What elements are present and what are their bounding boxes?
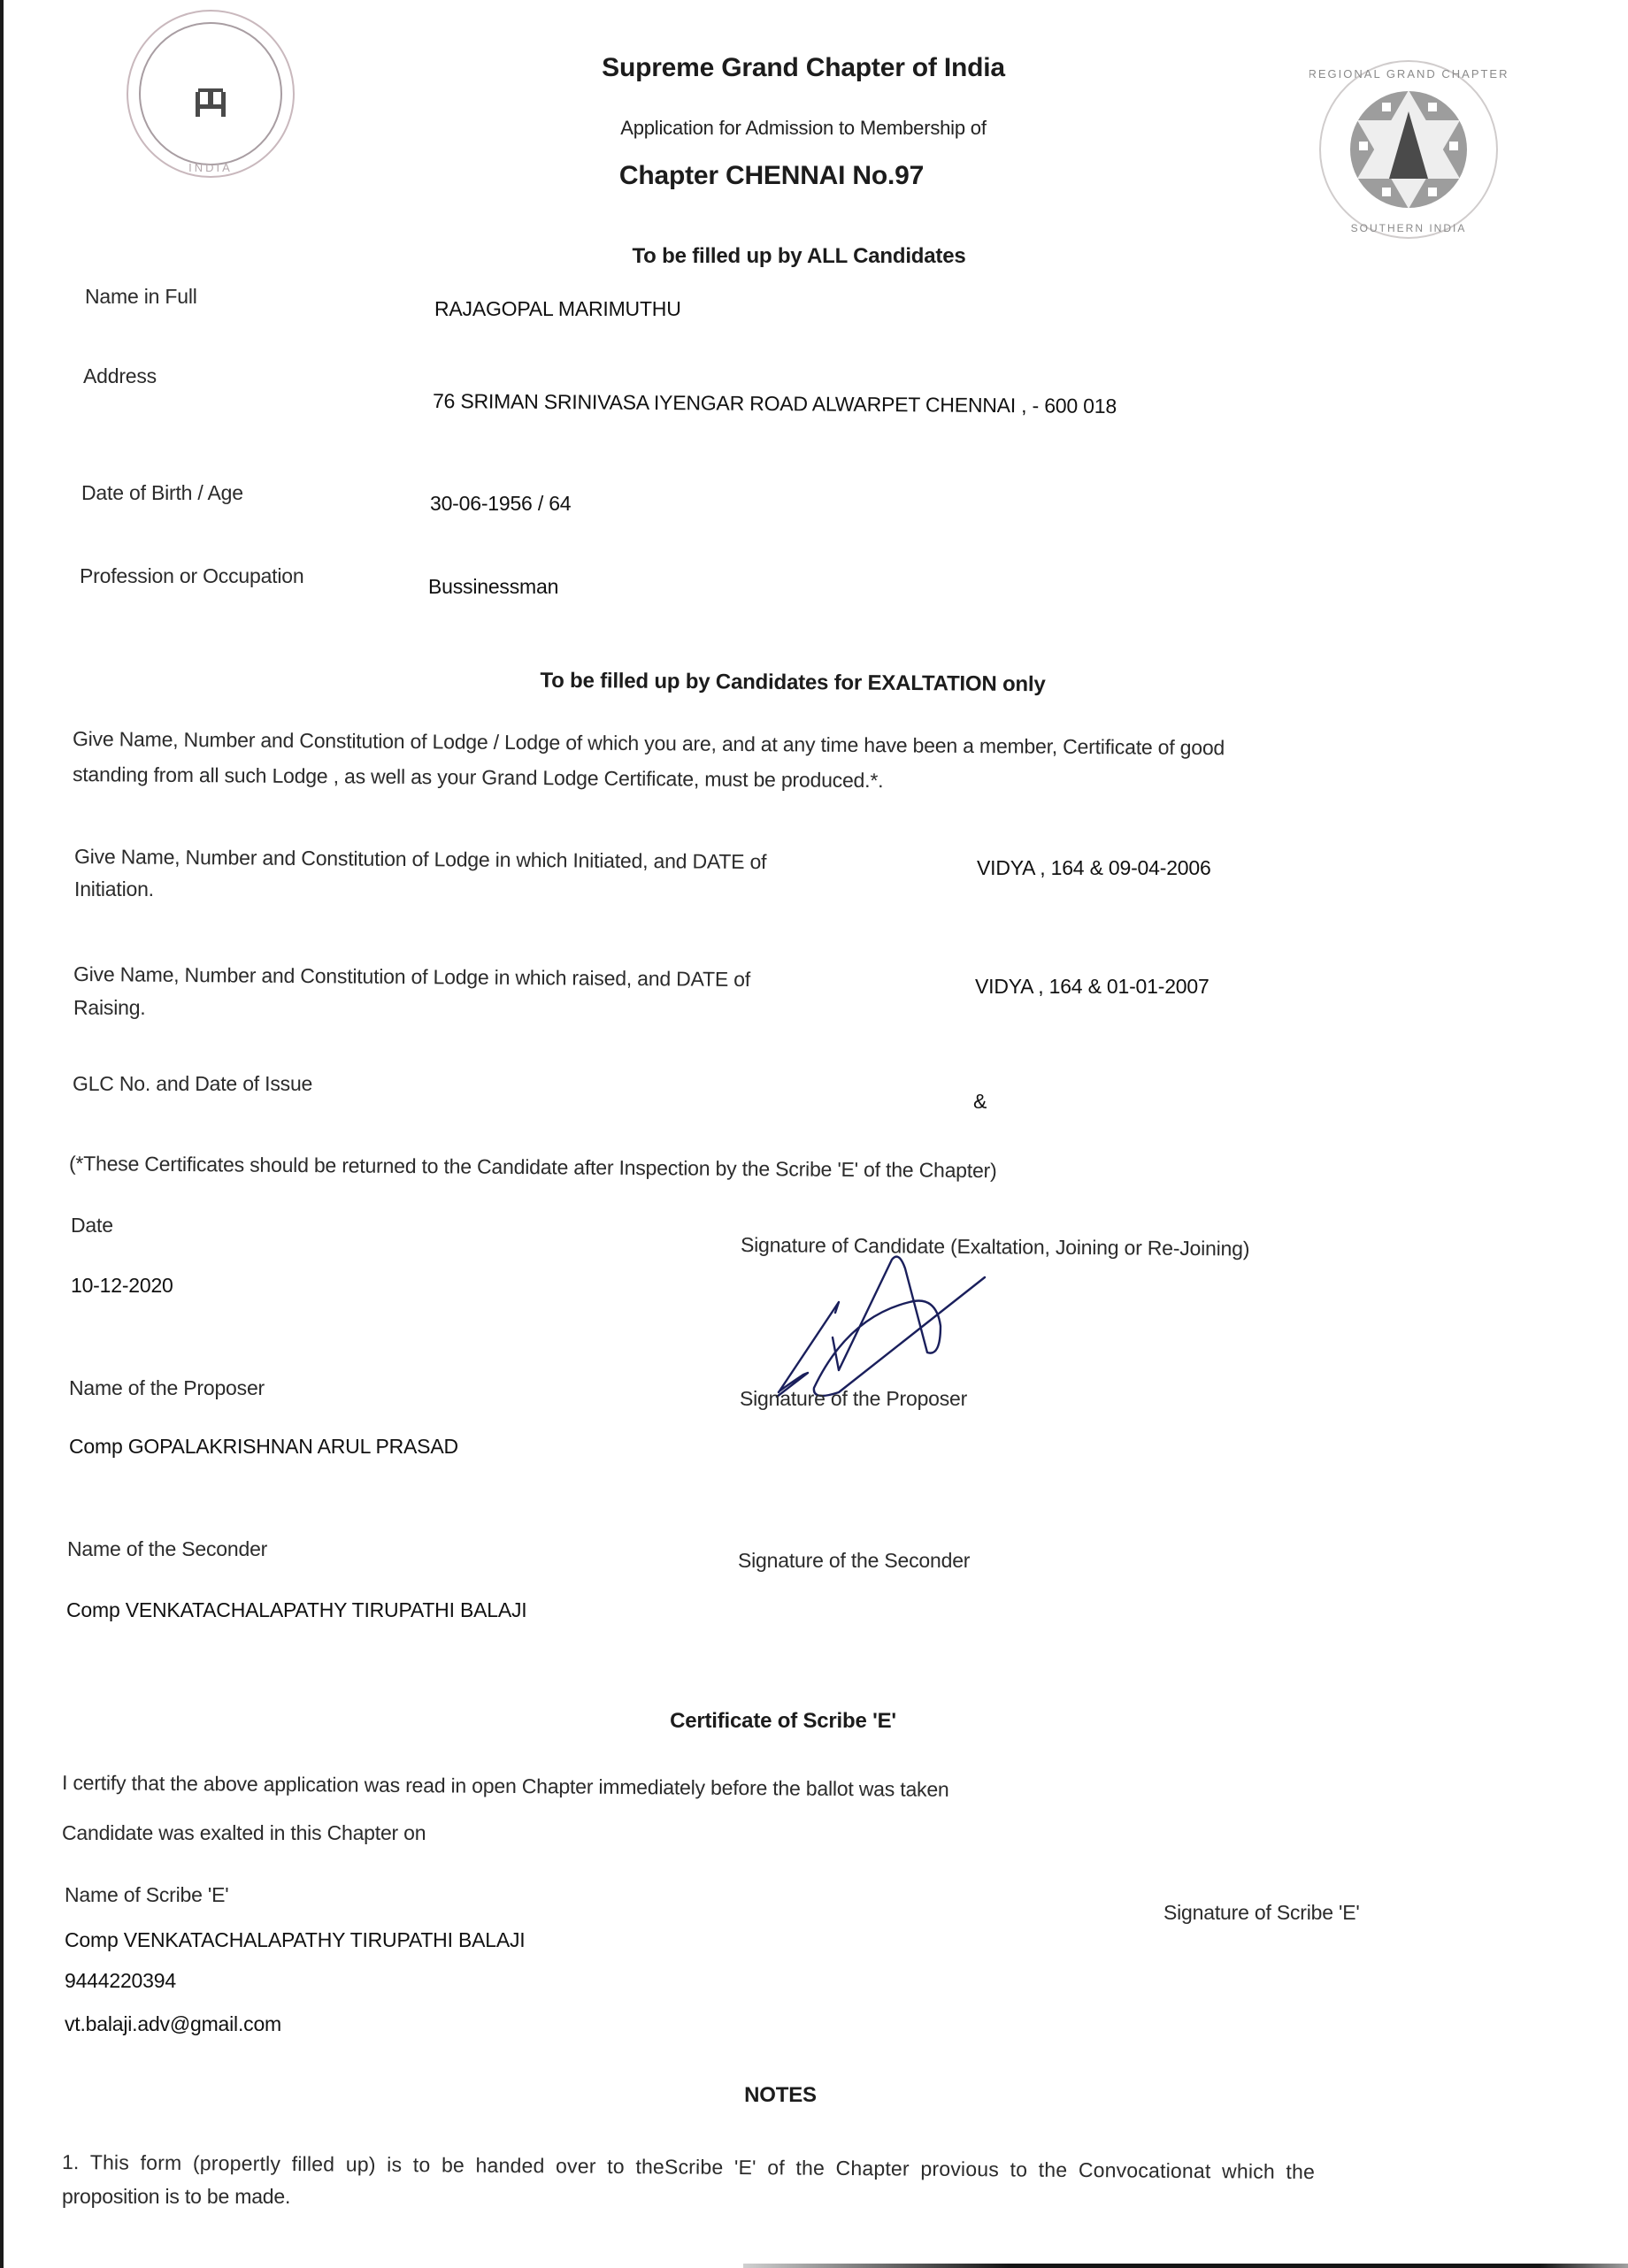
scan-edge-bottom xyxy=(743,2264,1628,2268)
scribe-signature-label: Signature of Scribe 'E' xyxy=(1163,1901,1360,1925)
scribe-name-value: Comp VENKATACHALAPATHY TIRUPATHI BALAJI xyxy=(65,1928,525,1952)
proposer-signature-label: Signature of the Proposer xyxy=(740,1387,967,1411)
profession-label: Profession or Occupation xyxy=(80,564,303,588)
date-label: Date xyxy=(71,1214,113,1237)
address-label: Address xyxy=(83,364,157,388)
glc-value: & xyxy=(973,1090,987,1114)
document-title: Supreme Grand Chapter of India xyxy=(602,53,1005,83)
hexagram-seal-icon: REGIONAL GRAND CHAPTER SOUTHERN INDIA xyxy=(1309,57,1508,242)
seconder-name-label: Name of the Seconder xyxy=(67,1537,267,1561)
certify-text: I certify that the above application was… xyxy=(62,1771,949,1802)
seconder-name-value: Comp VENKATACHALAPATHY TIRUPATHI BALAJI xyxy=(66,1598,526,1622)
dob-label: Date of Birth / Age xyxy=(81,481,243,505)
address-value: 76 SRIMAN SRINIVASA IYENGAR ROAD ALWARPE… xyxy=(433,389,1117,418)
lodge-instruction-line2: standing from all such Lodge , as well a… xyxy=(73,762,884,793)
scribe-phone: 9444220394 xyxy=(65,1969,176,1993)
lodge-instruction-line1: Give Name, Number and Constitution of Lo… xyxy=(73,727,1225,760)
notes-heading: NOTES xyxy=(744,2083,817,2108)
dob-value: 30-06-1956 / 64 xyxy=(430,492,571,516)
exalted-text: Candidate was exalted in this Chapter on xyxy=(62,1821,426,1845)
note-1-line2: proposition is to be made. xyxy=(62,2185,290,2209)
proposer-name-label: Name of the Proposer xyxy=(69,1376,265,1400)
initiated-label-line2: Initiation. xyxy=(74,877,154,901)
svg-text:REGIONAL GRAND CHAPTER: REGIONAL GRAND CHAPTER xyxy=(1309,67,1508,80)
proposer-name-value: Comp GOPALAKRISHNAN ARUL PRASAD xyxy=(69,1435,458,1459)
initiated-label-line1: Give Name, Number and Constitution of Lo… xyxy=(74,845,767,874)
name-value: RAJAGOPAL MARIMUTHU xyxy=(434,297,681,321)
note-1-line1: 1. This form (propertly filled up) is to… xyxy=(62,2150,1315,2184)
raised-label-line2: Raising. xyxy=(73,996,146,1020)
section-heading-all-candidates: To be filled up by ALL Candidates xyxy=(633,244,966,269)
scribe-email: vt.balaji.adv@gmail.com xyxy=(65,2012,281,2036)
document-subtitle: Application for Admission to Membership … xyxy=(620,117,986,140)
raised-label-line1: Give Name, Number and Constitution of Lo… xyxy=(73,962,750,992)
scan-edge-left xyxy=(0,0,4,2268)
svg-text:SOUTHERN INDIA: SOUTHERN INDIA xyxy=(1351,222,1467,234)
raised-value: VIDYA , 164 & 01-01-2007 xyxy=(975,975,1209,999)
glc-label: GLC No. and Date of Issue xyxy=(73,1072,312,1096)
initiated-value: VIDYA , 164 & 09-04-2006 xyxy=(977,856,1211,880)
scribe-name-label: Name of Scribe 'E' xyxy=(65,1883,228,1907)
name-label: Name in Full xyxy=(85,285,197,309)
chapter-name: Chapter CHENNAI No.97 xyxy=(619,161,924,191)
masonic-seal-icon: INDIA xyxy=(122,5,299,182)
seconder-signature-label: Signature of the Seconder xyxy=(738,1549,970,1573)
section-heading-exaltation: To be filled up by Candidates for EXALTA… xyxy=(540,669,1045,697)
scribe-certificate-heading: Certificate of Scribe 'E' xyxy=(670,1709,896,1734)
profession-value: Bussinessman xyxy=(428,575,558,599)
certificates-note: (*These Certificates should be returned … xyxy=(69,1152,997,1183)
candidate-signature xyxy=(759,1233,1025,1410)
svg-text:INDIA: INDIA xyxy=(188,161,233,174)
date-value: 10-12-2020 xyxy=(71,1274,173,1298)
